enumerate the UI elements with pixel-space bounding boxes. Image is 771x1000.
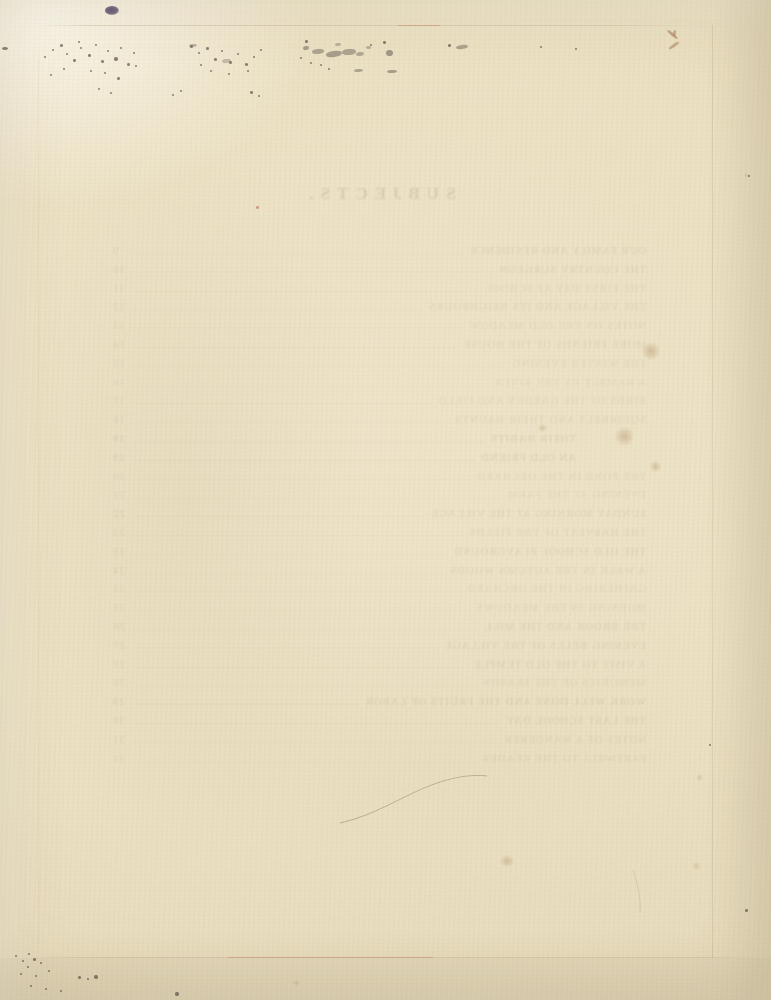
showthrough-line: THE FIRST DAY AT SCHOOL11 [112,284,646,303]
dot-leader [134,479,470,480]
showthrough-page-number: 13 [112,321,128,332]
red-speck [256,206,259,209]
showthrough-line-title: OUR FAMILY AND RESIDENCE [469,246,646,257]
showthrough-page-number: 15 [112,359,128,370]
ink-speck [104,72,106,74]
fox-spot [744,173,749,178]
scanned-page: SUBJECTS. OUR FAMILY AND RESIDENCE9THE C… [0,0,771,1000]
ink-speck [94,975,98,979]
ink-speck [175,992,179,996]
showthrough-page-number: 21 [112,490,128,501]
showthrough-line-title: NOTES OF A WANDERER [504,735,647,746]
showthrough-page-number: 18 [112,415,128,426]
showthrough-line: A WALK IN THE AUTUMN WOODS24 [112,566,646,585]
showthrough-line-title: SUNDAY MORNING AT THE VILLAGE [431,509,646,520]
paper-bottom-edge-shading [0,958,771,1000]
showthrough-page-number: 27 [112,660,128,671]
ink-speck [120,47,122,49]
showthrough-line-title: THE FIRST DAY AT SCHOOL [484,284,646,295]
showthrough-line: OUR FAMILY AND RESIDENCE9 [112,246,646,265]
ink-speck [200,64,202,66]
dot-leader [134,309,422,310]
showthrough-line-title: MORNING IN THE MEADOWS [476,603,646,614]
showthrough-page-number: 10 [112,265,128,276]
ink-speck [44,56,46,58]
showthrough-page-number: 29 [112,697,128,708]
showthrough-page-number: 27 [112,641,128,652]
dot-leader [134,761,475,762]
smudge-mark [386,50,393,56]
showthrough-line-title: A VISIT TO THE OLD TEMPLE [473,660,646,671]
showthrough-line: AN OLD FRIEND19 [112,453,646,472]
showthrough-page-number: 14 [112,340,128,351]
showthrough-line-title: THEIR HABITS [490,434,576,445]
dot-leader [134,667,467,668]
ink-speck [709,744,711,746]
showthrough-line-title: THE OLD SCHOOL PLAYGROUND [453,547,646,558]
showthrough-page-number: 23 [112,547,128,558]
ink-speck [101,60,104,63]
ink-speck [133,52,135,54]
dot-leader [134,366,505,367]
showthrough-page-number: 25 [112,584,128,595]
showthrough-line: THE HARVEST OF THE FIELDS23 [112,528,646,547]
ink-speck [198,52,200,54]
fox-spot [538,424,547,432]
showthrough-line: A RAMBLE BY THE RIVER16 [112,378,646,397]
showthrough-page-number: 25 [112,603,128,614]
showthrough-line: BIRDS OF THE GARDEN AND FIELD17 [112,396,646,415]
dot-leader [134,723,499,724]
dot-leader [134,385,488,386]
ink-speck [540,46,542,48]
ink-speck [52,49,54,51]
paper-right-edge-shading [713,0,771,1000]
ink-speck [575,48,577,50]
dot-leader [134,685,476,686]
showthrough-line-title: BIRDS OF THE GARDEN AND FIELD [438,396,646,407]
showthrough-page-number: 19 [112,453,128,464]
showthrough-line: THE LAST SCHOOL DAY30 [112,716,646,735]
fox-spot [692,862,701,870]
ink-speck [228,73,230,75]
smudge-mark [366,46,371,49]
ink-speck [78,976,81,979]
showthrough-line: WORK WELL DONE AND THE FRUITS OF LABOR29 [112,697,646,716]
ink-speck [48,970,50,972]
dot-leader [134,460,474,461]
showthrough-page-number: 23 [112,528,128,539]
dot-leader [134,497,501,498]
dot-leader [134,272,492,273]
showthrough-line-title: WORK WELL DONE AND THE FRUITS OF LABOR [365,697,646,708]
showthrough-page-number: 17 [112,396,128,407]
ink-speck [66,53,68,55]
ink-speck [206,47,209,50]
showthrough-page-number: 28 [112,678,128,689]
ink-speck [253,56,255,58]
ink-speck [258,95,260,97]
ink-speck [383,41,386,44]
dot-leader [134,554,447,555]
showthrough-line: NOTES ON THE OLD MEADOW13 [112,321,646,340]
ink-speck [60,990,62,992]
dot-leader [134,742,498,743]
purple-ink-blob [105,6,119,15]
ink-speck [60,44,63,47]
ink-speck [80,47,82,49]
showthrough-line: A VISIT TO THE OLD TEMPLE27 [112,660,646,679]
showthrough-page-number: 12 [112,302,128,313]
ink-speck [27,966,29,968]
showthrough-heading: SUBJECTS. [112,184,646,206]
ink-speck [87,978,89,980]
dot-leader [134,535,462,536]
showthrough-line-title: MEMORIES OF THE SEASON [482,678,646,689]
showthrough-line-title: GATHERING IN THE ORCHARD [467,584,646,595]
ink-speck [22,960,24,962]
showthrough-line-title: THE HARVEST OF THE FIELDS [468,528,646,539]
ink-speck [35,975,37,977]
showthrough-line-title: THE VILLAGE AND ITS NEIGHBOURS [428,302,646,313]
showthrough-contents-list: OUR FAMILY AND RESIDENCE9THE COUNTRY SUR… [112,246,646,772]
ink-speck [40,962,42,964]
showthrough-line-title: EVENING AT THE FARM [507,490,646,501]
ink-speck [221,50,223,52]
ink-speck [328,68,330,70]
showthrough-page-number: 9 [112,246,128,257]
showthrough-line: THE VILLAGE AND ITS NEIGHBOURS12 [112,302,646,321]
dot-leader [134,422,448,423]
ink-speck [250,91,253,94]
ink-speck [63,68,65,70]
dot-leader [134,704,359,705]
dot-leader [134,610,470,611]
dot-leader [134,328,463,329]
ink-speck [45,988,47,990]
dot-leader [134,403,432,404]
ink-speck [107,50,109,52]
showthrough-line-title: THE BROOK AND THE MILL [484,622,646,633]
showthrough-line: THE COUNTRY SURGEON10 [112,265,646,284]
ink-speck [300,57,302,59]
ink-speck [98,88,100,90]
ink-speck [135,65,137,67]
showthrough-line: THE BROOK AND THE MILL26 [112,622,646,641]
ink-speck [114,57,118,61]
showthrough-line: THE WINTER EVENING15 [112,359,646,378]
ink-speck [2,47,8,50]
showthrough-line-title: EVENING BELLS OF THE VILLAGE [444,641,646,652]
ink-speck [172,94,174,96]
showthrough-line-title: THE POND IN THE ORCHARD [476,472,646,483]
ink-speck [110,92,112,94]
ink-speck [50,74,52,76]
ink-speck [310,62,312,64]
fox-spot [500,855,514,867]
ink-speck [95,44,97,46]
showthrough-text-block: SUBJECTS. OUR FAMILY AND RESIDENCE9THE C… [112,184,646,772]
showthrough-line: THE POND IN THE ORCHARD20 [112,472,646,491]
showthrough-line-title: A RAMBLE BY THE RIVER [494,378,646,389]
showthrough-line: THEIR HABITS19 [112,434,646,453]
ink-speck [237,53,239,55]
dot-leader [134,648,438,649]
showthrough-line: THE OLD SCHOOL PLAYGROUND23 [112,547,646,566]
showthrough-page-number: 30 [112,716,128,727]
showthrough-line: EVENING AT THE FARM21 [112,490,646,509]
showthrough-page-number: 31 [112,754,128,765]
dot-leader [134,291,478,292]
showthrough-line: NOTES OF A WANDERER31 [112,735,646,754]
ink-speck [745,909,748,912]
showthrough-line-title: THE COUNTRY SURGEON [498,265,646,276]
ink-speck [210,70,212,72]
showthrough-page-number: 31 [112,735,128,746]
dot-leader [134,629,478,630]
showthrough-line-title: NOTES ON THE OLD MEADOW [469,321,646,332]
showthrough-line: MORNING IN THE MEADOWS25 [112,603,646,622]
showthrough-page-number: 11 [112,284,128,295]
ink-speck [127,63,130,66]
ink-speck [90,70,92,72]
ink-speck [214,58,217,61]
ink-speck [73,59,76,62]
dot-leader [134,516,425,517]
showthrough-line-title: SQUIRRELS AND THEIR HAUNTS [454,415,646,426]
showthrough-line-title: AN OLD FRIEND [480,453,576,464]
showthrough-page-number: 24 [112,566,128,577]
showthrough-line-title: THE LAST SCHOOL DAY [505,716,646,727]
fox-spot [293,980,300,986]
ink-speck [180,90,182,92]
dot-leader [134,441,484,442]
ink-speck [448,44,451,47]
fox-spot [615,427,634,446]
showthrough-line-title: THE WINTER EVENING [511,359,646,370]
showthrough-line-title: FAREWELL TO THE READER [481,754,646,765]
ink-speck [33,958,36,961]
showthrough-page-number: 20 [112,472,128,483]
showthrough-line: EVENING BELLS OF THE VILLAGE27 [112,641,646,660]
ink-speck [88,54,91,57]
showthrough-line: GATHERING IN THE ORCHARD25 [112,584,646,603]
showthrough-line-title: MORE FRIENDS OF THE HOUSE [463,340,646,351]
showthrough-page-number: 22 [112,509,128,520]
dot-leader [134,591,461,592]
ink-speck [20,973,22,975]
ink-speck [305,40,308,43]
showthrough-line: SUNDAY MORNING AT THE VILLAGE22 [112,509,646,528]
showthrough-page-number: 19 [112,434,128,445]
fox-spot [642,342,660,360]
ink-speck [15,955,17,957]
ink-speck [247,70,249,72]
showthrough-line: SQUIRRELS AND THEIR HAUNTS18 [112,415,646,434]
showthrough-page-number: 26 [112,622,128,633]
ink-speck [320,64,322,66]
dot-leader [134,253,463,254]
ink-speck [28,953,30,955]
showthrough-page-number: 16 [112,378,128,389]
ink-speck [30,985,32,987]
fox-spot [650,461,661,472]
ink-speck [78,41,80,43]
ink-speck [260,49,262,51]
dot-leader [134,347,457,348]
dot-leader [134,573,443,574]
showthrough-line: MORE FRIENDS OF THE HOUSE14 [112,340,646,359]
fox-spot [696,774,703,781]
showthrough-line-title: A WALK IN THE AUTUMN WOODS [449,566,646,577]
showthrough-line: MEMORIES OF THE SEASON28 [112,678,646,697]
showthrough-line: FAREWELL TO THE READER31 [112,754,646,773]
ink-speck [245,63,248,66]
ink-speck [117,77,120,80]
